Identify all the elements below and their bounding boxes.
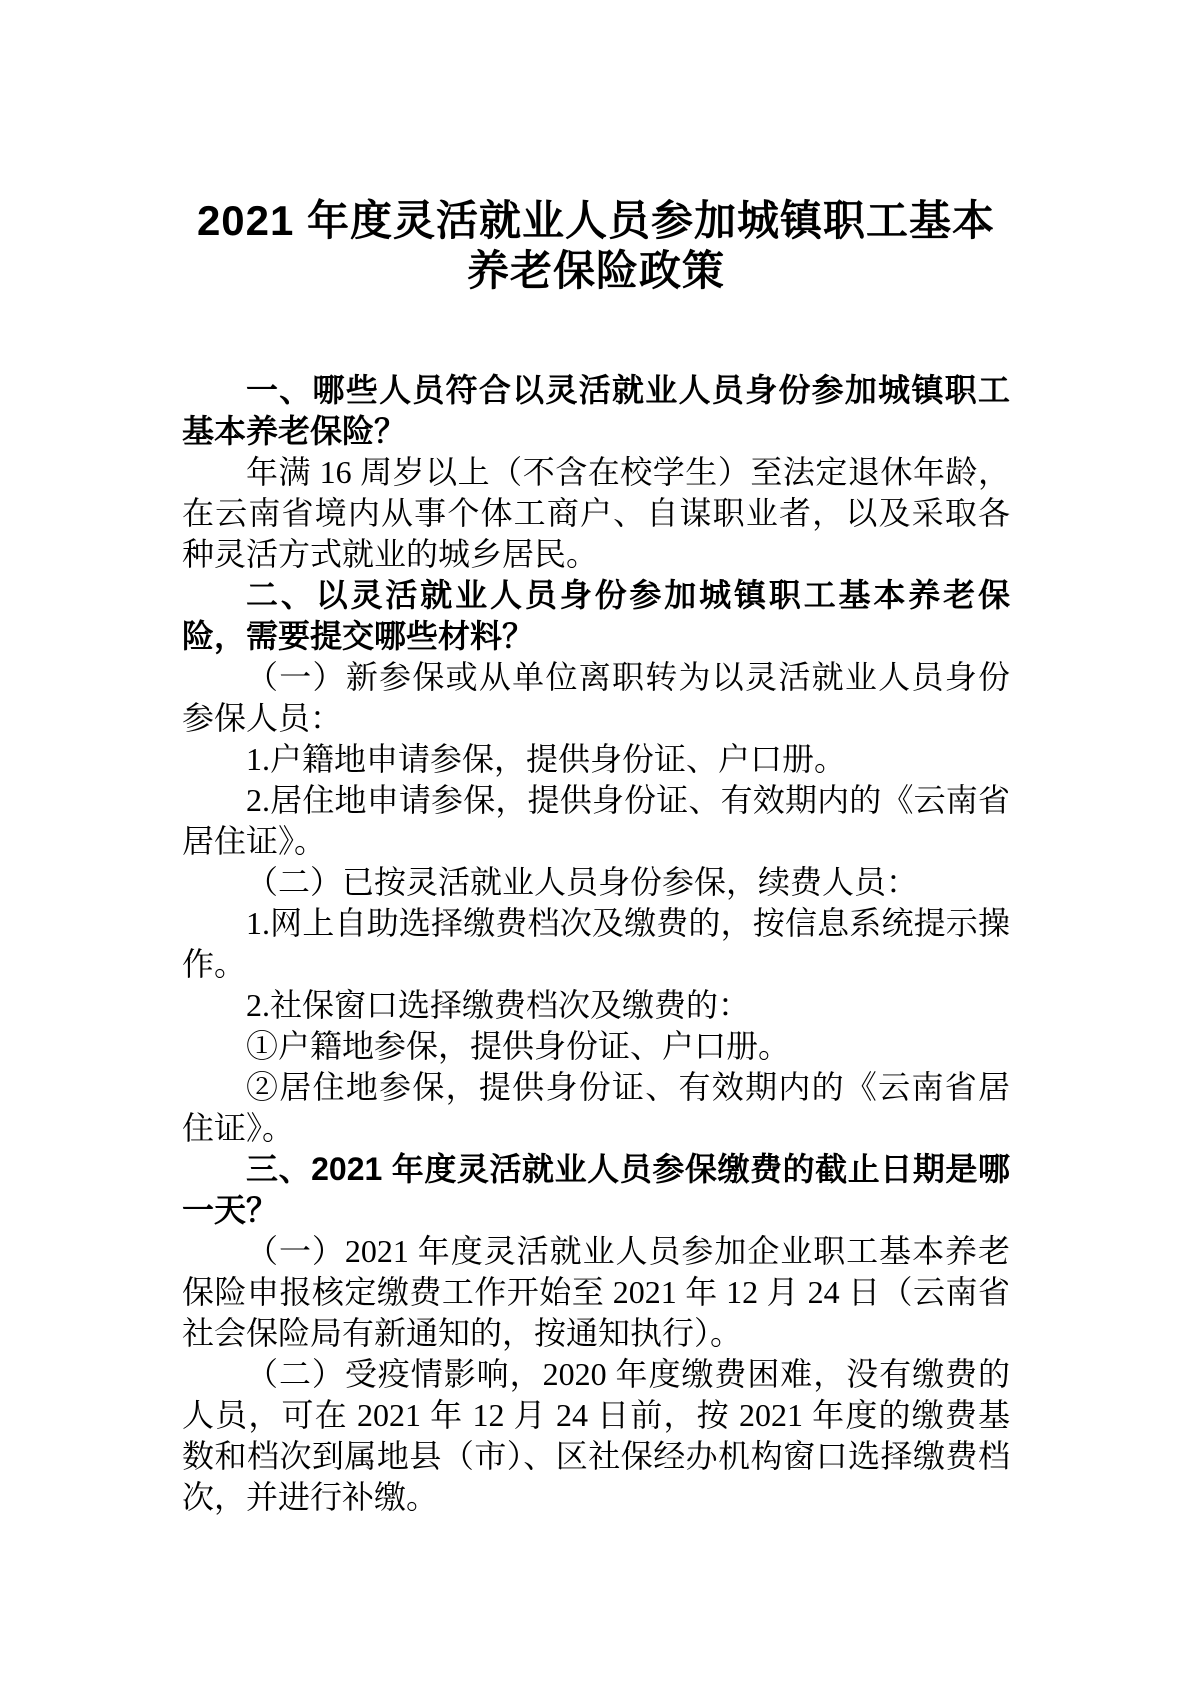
document-page: 2021 年度灵活就业人员参加城镇职工基本 养老保险政策 一、哪些人员符合以灵活… (0, 0, 1191, 1684)
section-3-heading: 三、2021 年度灵活就业人员参保缴费的截止日期是哪一天？ (182, 1149, 1010, 1231)
paragraph: 2.社保窗口选择缴费档次及缴费的： (182, 985, 1010, 1026)
paragraph: （一）2021 年度灵活就业人员参加企业职工基本养老保险申报核定缴费工作开始至 … (182, 1231, 1010, 1354)
section-eligibility: 一、哪些人员符合以灵活就业人员身份参加城镇职工基本养老保险？ 年满 16 周岁以… (182, 370, 1010, 575)
paragraph: 1.户籍地申请参保，提供身份证、户口册。 (182, 739, 1010, 780)
section-2-heading: 二、以灵活就业人员身份参加城镇职工基本养老保险，需要提交哪些材料？ (182, 575, 1010, 657)
document-title: 2021 年度灵活就业人员参加城镇职工基本 养老保险政策 (182, 196, 1010, 296)
paragraph: 年满 16 周岁以上（不含在校学生）至法定退休年龄，在云南省境内从事个体工商户、… (182, 452, 1010, 575)
section-materials: 二、以灵活就业人员身份参加城镇职工基本养老保险，需要提交哪些材料？ （一）新参保… (182, 575, 1010, 1149)
section-deadline: 三、2021 年度灵活就业人员参保缴费的截止日期是哪一天？ （一）2021 年度… (182, 1149, 1010, 1518)
section-1-heading: 一、哪些人员符合以灵活就业人员身份参加城镇职工基本养老保险？ (182, 370, 1010, 452)
paragraph: 2.居住地申请参保，提供身份证、有效期内的《云南省居住证》。 (182, 780, 1010, 862)
document-title-line-2: 养老保险政策 (182, 246, 1010, 296)
paragraph: ①户籍地参保，提供身份证、户口册。 (182, 1026, 1010, 1067)
document-title-line-1: 2021 年度灵活就业人员参加城镇职工基本 (182, 196, 1010, 246)
paragraph: ②居住地参保，提供身份证、有效期内的《云南省居住证》。 (182, 1067, 1010, 1149)
paragraph: 1.网上自助选择缴费档次及缴费的，按信息系统提示操作。 (182, 903, 1010, 985)
paragraph: （一）新参保或从单位离职转为以灵活就业人员身份参保人员： (182, 657, 1010, 739)
paragraph: （二）已按灵活就业人员身份参保，续费人员： (182, 862, 1010, 903)
paragraph: （二）受疫情影响，2020 年度缴费困难，没有缴费的人员，可在 2021 年 1… (182, 1354, 1010, 1518)
